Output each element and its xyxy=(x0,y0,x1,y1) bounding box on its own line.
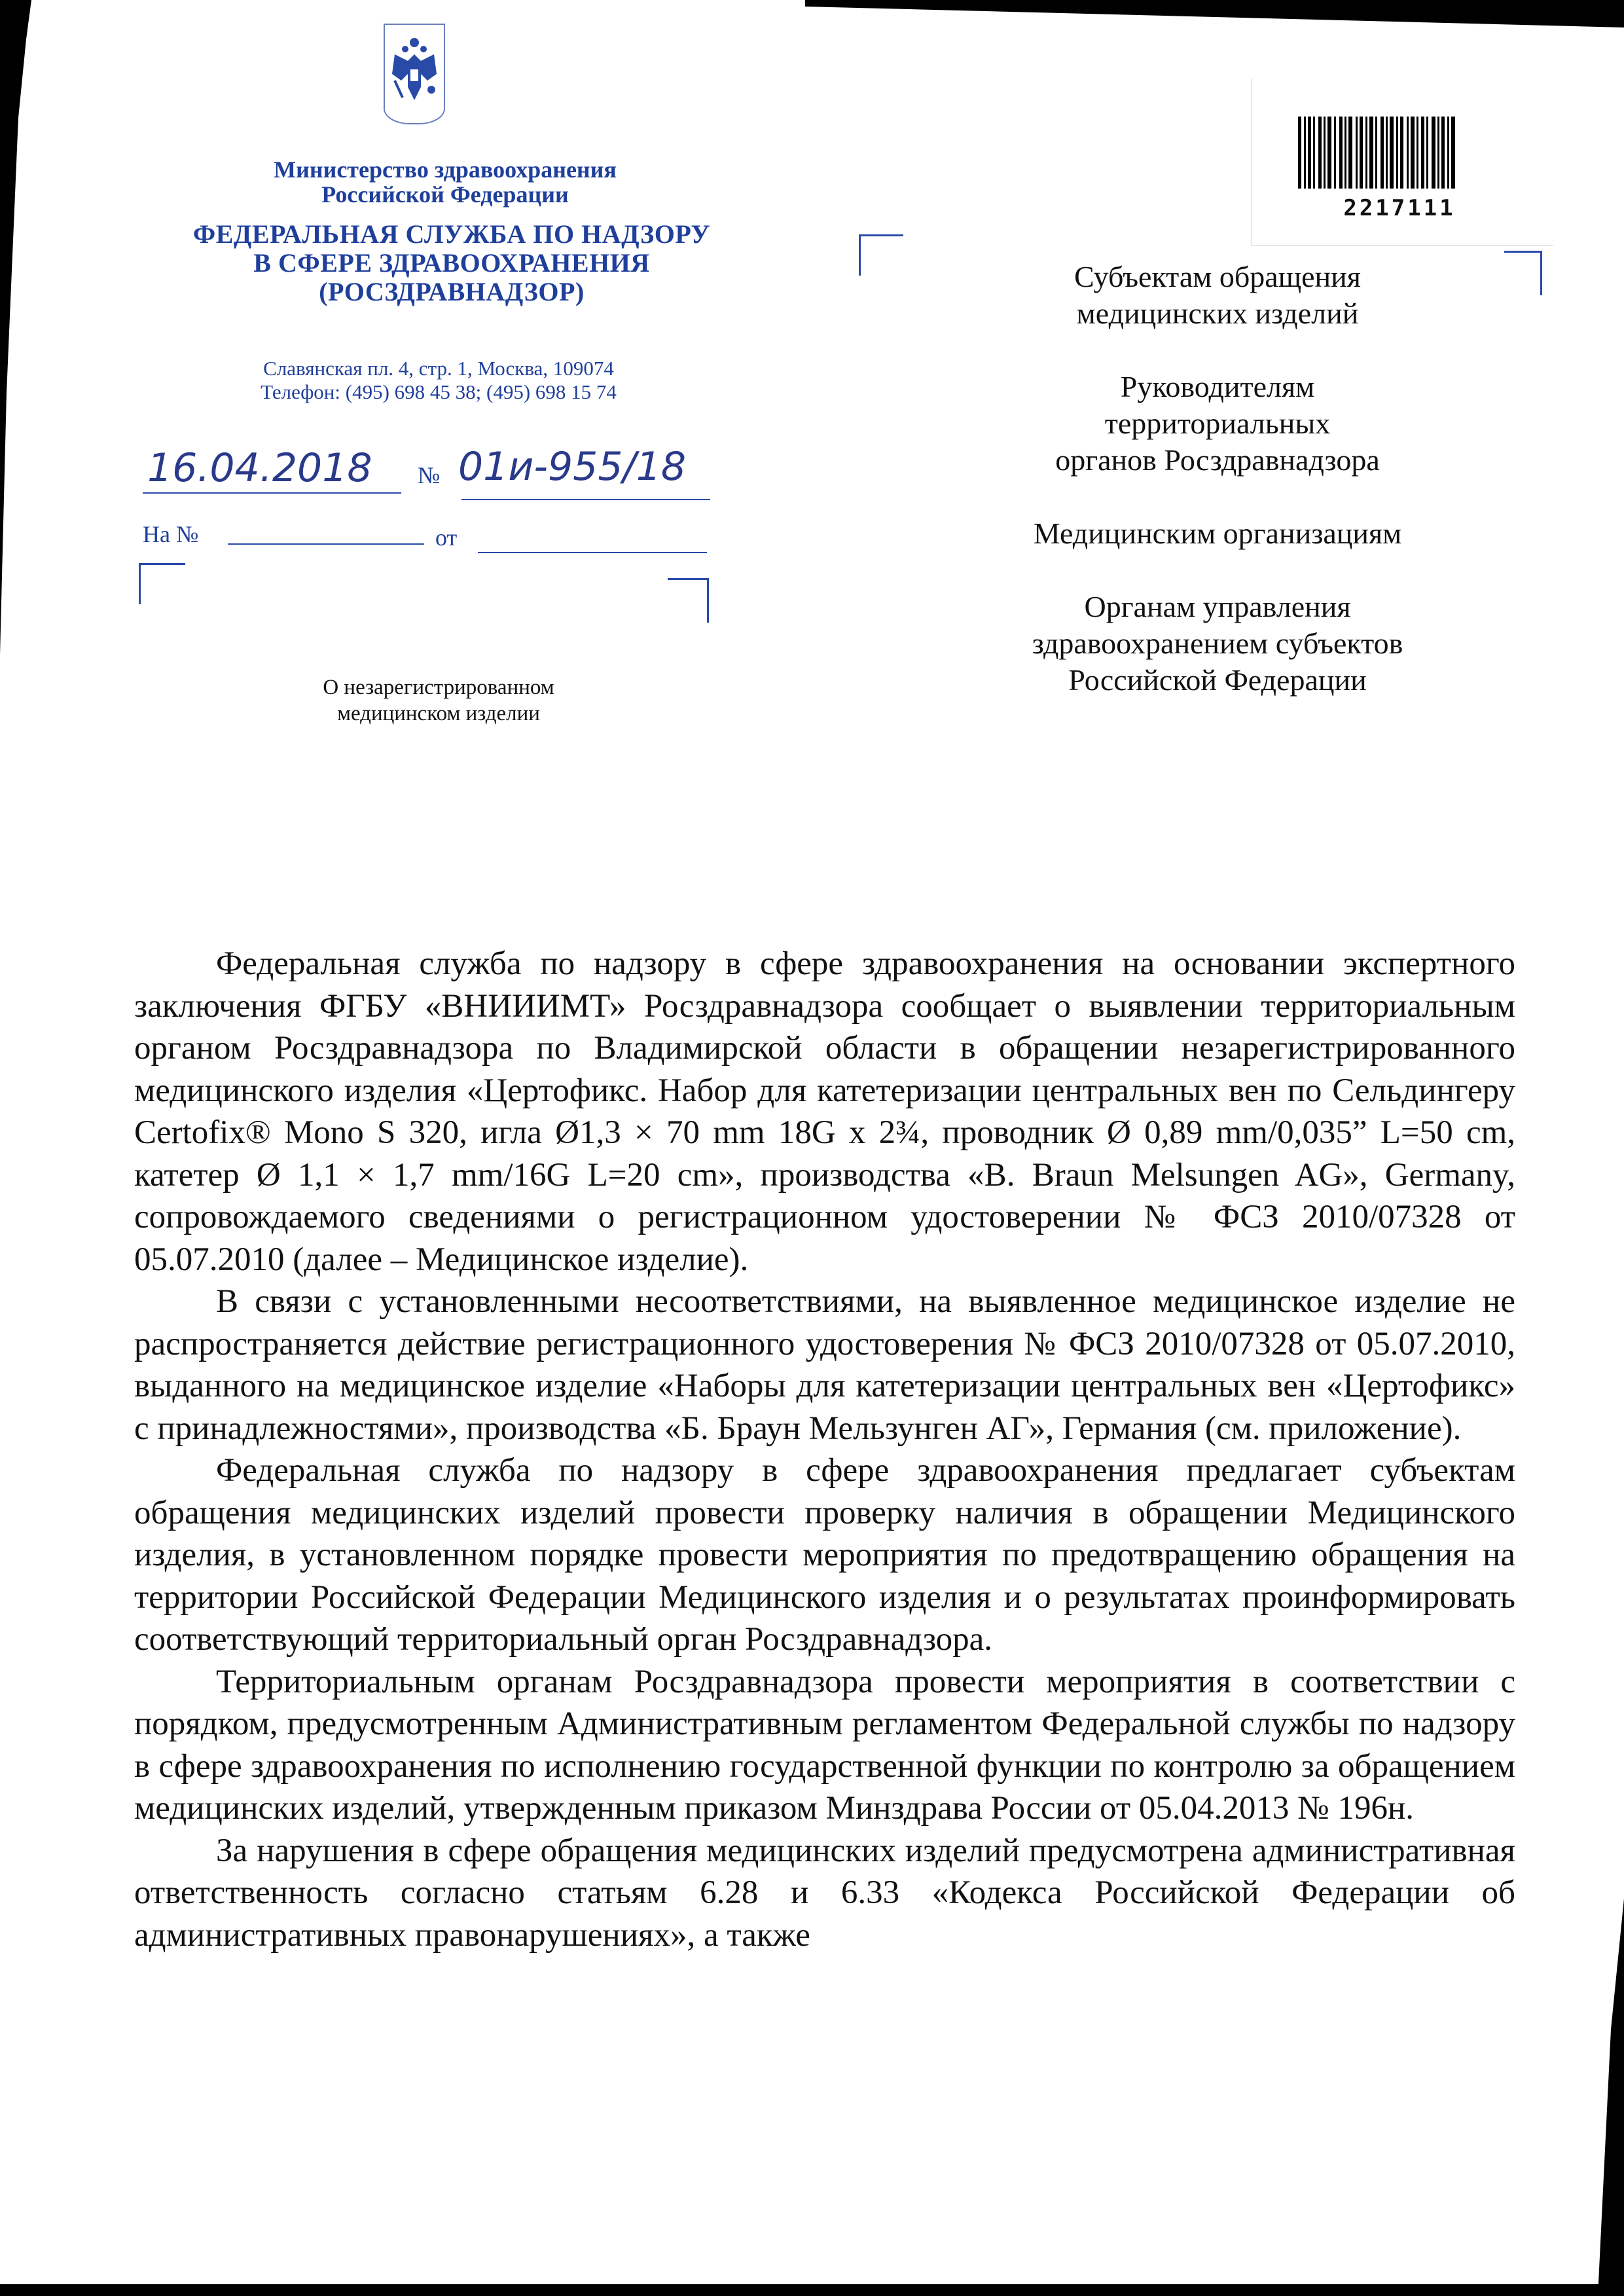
reply-to-field xyxy=(228,543,424,545)
addressee-line: территориальных xyxy=(929,405,1506,442)
ministry-name: Министерство здравоохранения Российской … xyxy=(196,157,694,207)
addressee-corner-right xyxy=(1504,251,1542,295)
coat-of-arms-icon xyxy=(384,24,445,124)
addressee-line: Российской Федерации xyxy=(929,662,1506,699)
scan-edge-right xyxy=(1598,1899,1624,2296)
service-line-2: В СФЕРЕ ЗДРАВООХРАНЕНИЯ xyxy=(170,249,733,278)
body-paragraph: За нарушения в сфере обращения медицинск… xyxy=(134,1830,1515,1957)
addressee-line: Медицинским организациям xyxy=(929,515,1506,552)
addressee-group-1: Субъектам обращения медицинских изделий xyxy=(929,259,1506,332)
subject-corner-left xyxy=(139,563,185,604)
scan-edge-bottom xyxy=(0,2284,1624,2296)
addressee-line: Субъектам обращения xyxy=(929,259,1506,295)
number-underline xyxy=(461,499,710,500)
addressee-line: Руководителям xyxy=(929,369,1506,405)
subject-corner-right xyxy=(668,578,709,623)
from-field xyxy=(478,552,707,553)
service-line-1: ФЕДЕРАЛЬНАЯ СЛУЖБА ПО НАДЗОРУ xyxy=(170,220,733,249)
barcode-number: 2217111 xyxy=(1324,195,1475,221)
subject-line-2: медицинском изделии xyxy=(242,701,635,727)
postal-address: Славянская пл. 4, стр. 1, Москва, 109074 xyxy=(190,357,687,380)
service-line-3: (РОСЗДРАВНАДЗОР) xyxy=(170,278,733,306)
addressee-block: Субъектам обращения медицинских изделий … xyxy=(929,259,1506,735)
body-paragraph: Территориальным органам Росздравнадзора … xyxy=(134,1661,1515,1830)
scan-edge-top xyxy=(0,0,1624,39)
phone-numbers: Телефон: (495) 698 45 38; (495) 698 15 7… xyxy=(190,380,687,404)
barcode-icon xyxy=(1298,117,1494,189)
letterhead-contacts: Славянская пл. 4, стр. 1, Москва, 109074… xyxy=(190,357,687,404)
addressee-group-3: Медицинским организациям xyxy=(929,515,1506,552)
body-paragraph: Федеральная служба по надзору в сфере зд… xyxy=(134,943,1515,1281)
addressee-group-2: Руководителям территориальных органов Ро… xyxy=(929,369,1506,479)
barcode-sticker: 2217111 xyxy=(1252,79,1553,246)
from-label: от xyxy=(435,524,457,551)
outgoing-number: 01и-955/18 xyxy=(458,444,686,490)
addressee-line: Органам управления xyxy=(929,589,1506,625)
outgoing-date: 16.04.2018 xyxy=(147,445,372,491)
addressee-group-4: Органам управления здравоохранением субъ… xyxy=(929,589,1506,699)
body-paragraph: В связи с установленными несоответствиям… xyxy=(134,1281,1515,1449)
addressee-line: органов Росздравнадзора xyxy=(929,442,1506,479)
number-label: № xyxy=(418,462,440,489)
ministry-line-2: Российской Федерации xyxy=(196,182,694,207)
addressee-line: медицинских изделий xyxy=(929,295,1506,332)
scan-edge-left xyxy=(0,0,39,655)
letter-subject: О незарегистрированном медицинском издел… xyxy=(242,674,635,727)
addressee-line: здравоохранением субъектов xyxy=(929,625,1506,662)
body-paragraph: Федеральная служба по надзору в сфере зд… xyxy=(134,1449,1515,1661)
ministry-line-1: Министерство здравоохранения xyxy=(196,157,694,182)
subject-line-1: О незарегистрированном xyxy=(242,674,635,701)
service-name: ФЕДЕРАЛЬНАЯ СЛУЖБА ПО НАДЗОРУ В СФЕРЕ ЗД… xyxy=(170,220,733,306)
addressee-corner-left xyxy=(859,234,903,276)
reply-to-label: На № xyxy=(143,520,198,548)
date-underline xyxy=(143,492,401,494)
double-headed-eagle-icon xyxy=(388,35,441,113)
letter-body: Федеральная служба по надзору в сфере зд… xyxy=(134,943,1515,1956)
